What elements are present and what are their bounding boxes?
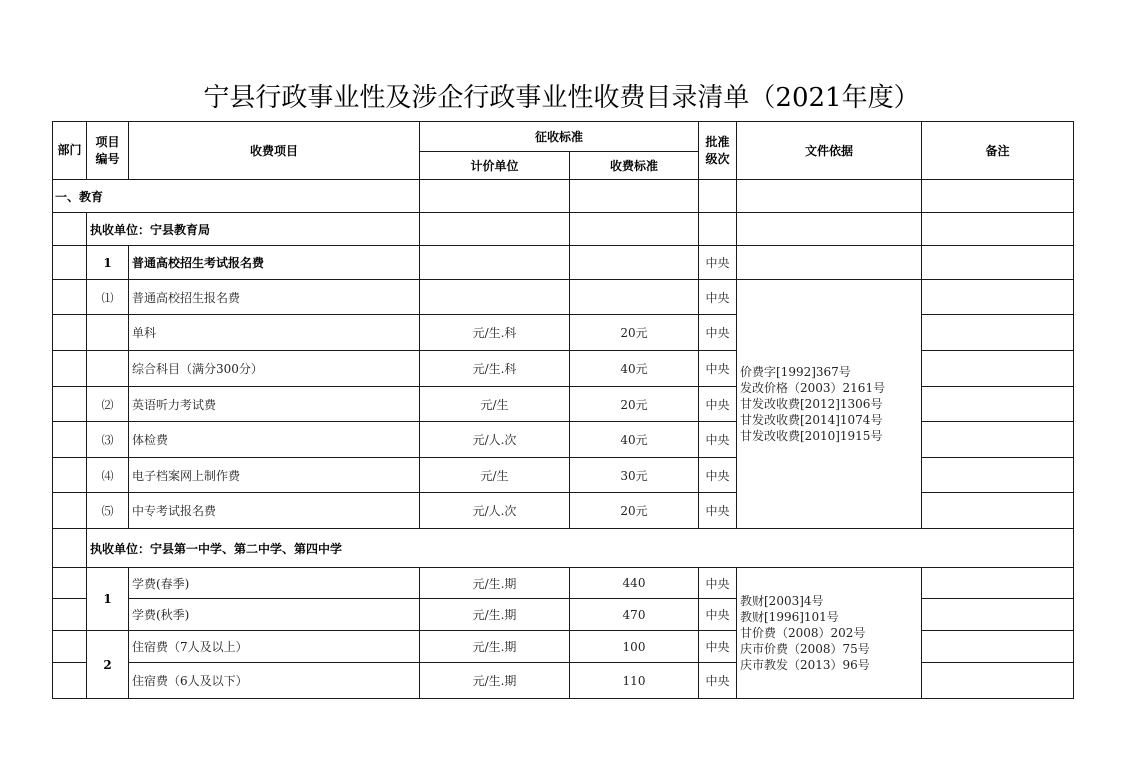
table-row: 1 学费(春季) 元/生.期 440 中央 教财[2003]4号 教财[1996… (53, 568, 1074, 599)
approval-level: 中央 (699, 315, 737, 351)
remarks-cell (922, 599, 1074, 631)
item-no: 2 (87, 631, 129, 699)
document-line: 甘发改收费[2010]1915号 (740, 428, 921, 444)
header-item-no-line2: 编号 (87, 151, 128, 168)
empty-cell (570, 213, 699, 246)
empty-cell (699, 180, 737, 213)
remarks-cell (922, 458, 1074, 493)
fee-item: 住宿费（6人及以下） (129, 663, 420, 699)
empty-cell (570, 180, 699, 213)
fee-standard: 40元 (570, 422, 699, 458)
fee-standard (570, 246, 699, 280)
document-line: 教财[2003]4号 (740, 593, 921, 609)
document-line: 庆市教发（2013）96号 (740, 657, 921, 673)
header-item-no: 项目 编号 (87, 122, 129, 180)
approval-level: 中央 (699, 422, 737, 458)
pricing-unit: 元/生.科 (420, 351, 570, 387)
item-no: 1 (87, 246, 129, 280)
header-approval-level-line1: 批准 (699, 134, 736, 151)
item-no: ⑸ (87, 493, 129, 529)
document-line: 价费字[1992]367号 (740, 364, 921, 380)
fee-item: 中专考试报名费 (129, 493, 420, 529)
header-remarks: 备注 (922, 122, 1074, 180)
document-line: 教财[1996]101号 (740, 609, 921, 625)
header-fee-item: 收费项目 (129, 122, 420, 180)
fee-standard: 20元 (570, 315, 699, 351)
approval-level: 中央 (699, 631, 737, 663)
header-fee-standard: 收费标准 (570, 152, 699, 180)
unit-row: 执收单位：宁县教育局 (53, 213, 1074, 246)
approval-level: 中央 (699, 246, 737, 280)
document-line: 甘发改收费[2014]1074号 (740, 412, 921, 428)
empty-cell (737, 213, 922, 246)
unit-label: 执收单位：宁县教育局 (87, 213, 420, 246)
remarks-cell (922, 422, 1074, 458)
pricing-unit: 元/生.期 (420, 631, 570, 663)
approval-level: 中央 (699, 351, 737, 387)
approval-level: 中央 (699, 493, 737, 529)
empty-cell (53, 458, 87, 493)
approval-level: 中央 (699, 599, 737, 631)
item-no (87, 315, 129, 351)
fee-catalog-table: 部门 项目 编号 收费项目 征收标准 批准 级次 文件依据 备注 计价单位 收费… (52, 121, 1074, 699)
pricing-unit: 元/生.期 (420, 568, 570, 599)
document-basis: 价费字[1992]367号 发改价格（2003）2161号 甘发改收费[2012… (737, 280, 922, 529)
pricing-unit (420, 280, 570, 315)
empty-cell (737, 180, 922, 213)
remarks-cell (922, 568, 1074, 599)
empty-cell (53, 351, 87, 387)
fee-item: 住宿费（7人及以上） (129, 631, 420, 663)
empty-cell (420, 180, 570, 213)
empty-cell (737, 246, 922, 280)
fee-standard: 20元 (570, 493, 699, 529)
fee-item: 综合科目（满分300分） (129, 351, 420, 387)
header-approval-level: 批准 级次 (699, 122, 737, 180)
fee-item: 单科 (129, 315, 420, 351)
remarks-cell (922, 246, 1074, 280)
empty-cell (53, 529, 87, 568)
empty-cell (922, 213, 1074, 246)
remarks-cell (922, 631, 1074, 663)
fee-standard: 100 (570, 631, 699, 663)
fee-standard: 470 (570, 599, 699, 631)
fee-item: 电子档案网上制作费 (129, 458, 420, 493)
empty-cell (53, 315, 87, 351)
document-line: 甘发改收费[2012]1306号 (740, 396, 921, 412)
approval-level: 中央 (699, 280, 737, 315)
empty-cell (53, 387, 87, 422)
remarks-cell (922, 493, 1074, 529)
fee-standard: 440 (570, 568, 699, 599)
unit-label: 执收单位：宁县第一中学、第二中学、第四中学 (87, 529, 1074, 568)
pricing-unit: 元/人.次 (420, 493, 570, 529)
pricing-unit: 元/人.次 (420, 422, 570, 458)
empty-cell (53, 663, 87, 699)
document-line: 发改价格（2003）2161号 (740, 380, 921, 396)
remarks-cell (922, 351, 1074, 387)
section-label: 一、教育 (53, 180, 420, 213)
item-no: 1 (87, 568, 129, 631)
empty-cell (53, 422, 87, 458)
page-title: 宁县行政事业性及涉企行政事业性收费目录清单（2021年度） (0, 80, 1123, 116)
pricing-unit (420, 246, 570, 280)
fee-item: 学费(秋季) (129, 599, 420, 631)
fee-standard: 30元 (570, 458, 699, 493)
pricing-unit: 元/生 (420, 387, 570, 422)
remarks-cell (922, 280, 1074, 315)
unit-row: 执收单位：宁县第一中学、第二中学、第四中学 (53, 529, 1074, 568)
header-standard-group: 征收标准 (420, 122, 699, 152)
document-basis: 教财[2003]4号 教财[1996]101号 甘价费（2008）202号 庆市… (737, 568, 922, 699)
empty-cell (699, 213, 737, 246)
empty-cell (53, 493, 87, 529)
empty-cell (53, 631, 87, 663)
empty-cell (53, 213, 87, 246)
approval-level: 中央 (699, 387, 737, 422)
fee-standard (570, 280, 699, 315)
table-row: ⑴ 普通高校招生报名费 中央 价费字[1992]367号 发改价格（2003）2… (53, 280, 1074, 315)
empty-cell (420, 213, 570, 246)
pricing-unit: 元/生.期 (420, 663, 570, 699)
header-pricing-unit: 计价单位 (420, 152, 570, 180)
remarks-cell (922, 315, 1074, 351)
remarks-cell (922, 387, 1074, 422)
fee-item: 英语听力考试费 (129, 387, 420, 422)
document-line: 甘价费（2008）202号 (740, 625, 921, 641)
item-no: ⑶ (87, 422, 129, 458)
fee-standard: 20元 (570, 387, 699, 422)
item-no: ⑵ (87, 387, 129, 422)
item-no: ⑴ (87, 280, 129, 315)
empty-cell (53, 246, 87, 280)
header-item-no-line1: 项目 (87, 134, 128, 151)
empty-cell (53, 568, 87, 599)
fee-item: 体检费 (129, 422, 420, 458)
approval-level: 中央 (699, 568, 737, 599)
header-approval-level-line2: 级次 (699, 151, 736, 168)
pricing-unit: 元/生 (420, 458, 570, 493)
fee-item: 普通高校招生报名费 (129, 280, 420, 315)
fee-item: 学费(春季) (129, 568, 420, 599)
fee-standard: 110 (570, 663, 699, 699)
pricing-unit: 元/生.科 (420, 315, 570, 351)
header-department: 部门 (53, 122, 87, 180)
item-no: ⑷ (87, 458, 129, 493)
remarks-cell (922, 663, 1074, 699)
document-line: 庆市价费（2008）75号 (740, 641, 921, 657)
item-no (87, 351, 129, 387)
approval-level: 中央 (699, 663, 737, 699)
empty-cell (922, 180, 1074, 213)
approval-level: 中央 (699, 458, 737, 493)
header-document-basis: 文件依据 (737, 122, 922, 180)
empty-cell (53, 599, 87, 631)
fee-standard: 40元 (570, 351, 699, 387)
empty-cell (53, 280, 87, 315)
section-row: 一、教育 (53, 180, 1074, 213)
fee-item: 普通高校招生考试报名费 (129, 246, 420, 280)
table-row: 1 普通高校招生考试报名费 中央 (53, 246, 1074, 280)
pricing-unit: 元/生.期 (420, 599, 570, 631)
